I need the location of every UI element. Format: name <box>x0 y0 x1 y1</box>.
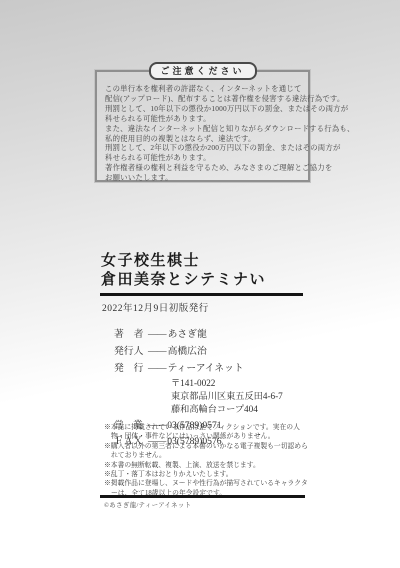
book-title-line1: 女子校生棋士 <box>101 252 266 271</box>
notice-line: 科せられる可能性があります。 <box>105 114 301 124</box>
address-line1: 東京都品川区東五反田4-6-7 <box>171 390 314 403</box>
notice-header: ご注意ください <box>148 62 256 80</box>
publisher-label: 発 行 <box>114 360 148 374</box>
publisher-person-value: 高橋広治 <box>168 343 207 357</box>
notice-line: また、違法なインターネット配信と知りながらダウンロードする行為も、 <box>105 124 301 134</box>
author-row: 著 者 —— あさぎ龍 <box>114 326 314 343</box>
legal-note: ※乱丁・落丁本はおとりかえいたします。 <box>104 470 308 479</box>
postal-code: 〒141-0022 <box>171 377 314 390</box>
dash: —— <box>148 346 166 357</box>
author-label: 著 者 <box>114 326 148 340</box>
publisher-address: 〒141-0022 東京都品川区東五反田4-6-7 藤和高輪台コープ404 <box>171 377 314 416</box>
notice-line: この単行本を権利者の許諾なく、インターネットを通じて <box>105 84 301 94</box>
notice-body: この単行本を権利者の許諾なく、インターネットを通じて 配信(アップロード)、配布… <box>97 72 308 183</box>
address-line2: 藤和高輪台コープ404 <box>171 403 314 416</box>
publisher-row: 発 行 —— ティーアイネット <box>114 360 314 377</box>
notice-line: 科せられる可能性があります。 <box>105 153 301 163</box>
bottom-divider <box>100 495 305 498</box>
edition-date: 2022年12月9日初版発行 <box>102 300 209 314</box>
dash: —— <box>148 329 166 340</box>
book-title-line2: 倉田美奈とシテミナい <box>101 271 266 290</box>
legal-note: ※本書の無断転載、複製、上演、放送を禁じます。 <box>104 461 308 470</box>
legal-note: ※本誌に掲載されている作品は全てフィクションです。実在の人物・団体・事件などには… <box>104 423 308 442</box>
publisher-person-row: 発行人 —— 高橋広治 <box>114 343 314 360</box>
copyright-line: ©あさぎ龍/ティーアイネット <box>104 500 191 509</box>
legal-notes: ※本誌に掲載されている作品は全てフィクションです。実在の人物・団体・事件などには… <box>104 423 308 498</box>
legal-note: ※購入者以外の第三者による本書のいかなる電子複製も一切認められておりません。 <box>104 442 308 461</box>
notice-line: 刑罰として、2年以下の懲役か200万円以下の罰金、またはその両方が <box>105 143 301 153</box>
notice-line: お願いいたします。 <box>105 173 301 183</box>
notice-line: 著作権者様の権利と利益を守るため、みなさまのご理解とご協力を <box>105 163 301 173</box>
copyright-notice-box: ご注意ください この単行本を権利者の許諾なく、インターネットを通じて 配信(アッ… <box>95 70 310 182</box>
title-divider <box>100 293 303 296</box>
publisher-value: ティーアイネット <box>168 360 244 374</box>
notice-line: 配信(アップロード)、配布することは著作権を侵害する違法行為です。 <box>105 94 301 104</box>
publisher-person-label: 発行人 <box>114 343 148 357</box>
dash: —— <box>148 363 166 374</box>
notice-line: 私的使用目的の複製とはならず、違法です。 <box>105 134 301 144</box>
colophon-page: ご注意ください この単行本を権利者の許諾なく、インターネットを通じて 配信(アッ… <box>0 0 400 568</box>
notice-line: 刑罰として、10年以下の懲役か1000万円以下の罰金、またはその両方が <box>105 104 301 114</box>
author-value: あさぎ龍 <box>168 326 207 340</box>
book-title: 女子校生棋士 倉田美奈とシテミナい <box>101 252 266 289</box>
